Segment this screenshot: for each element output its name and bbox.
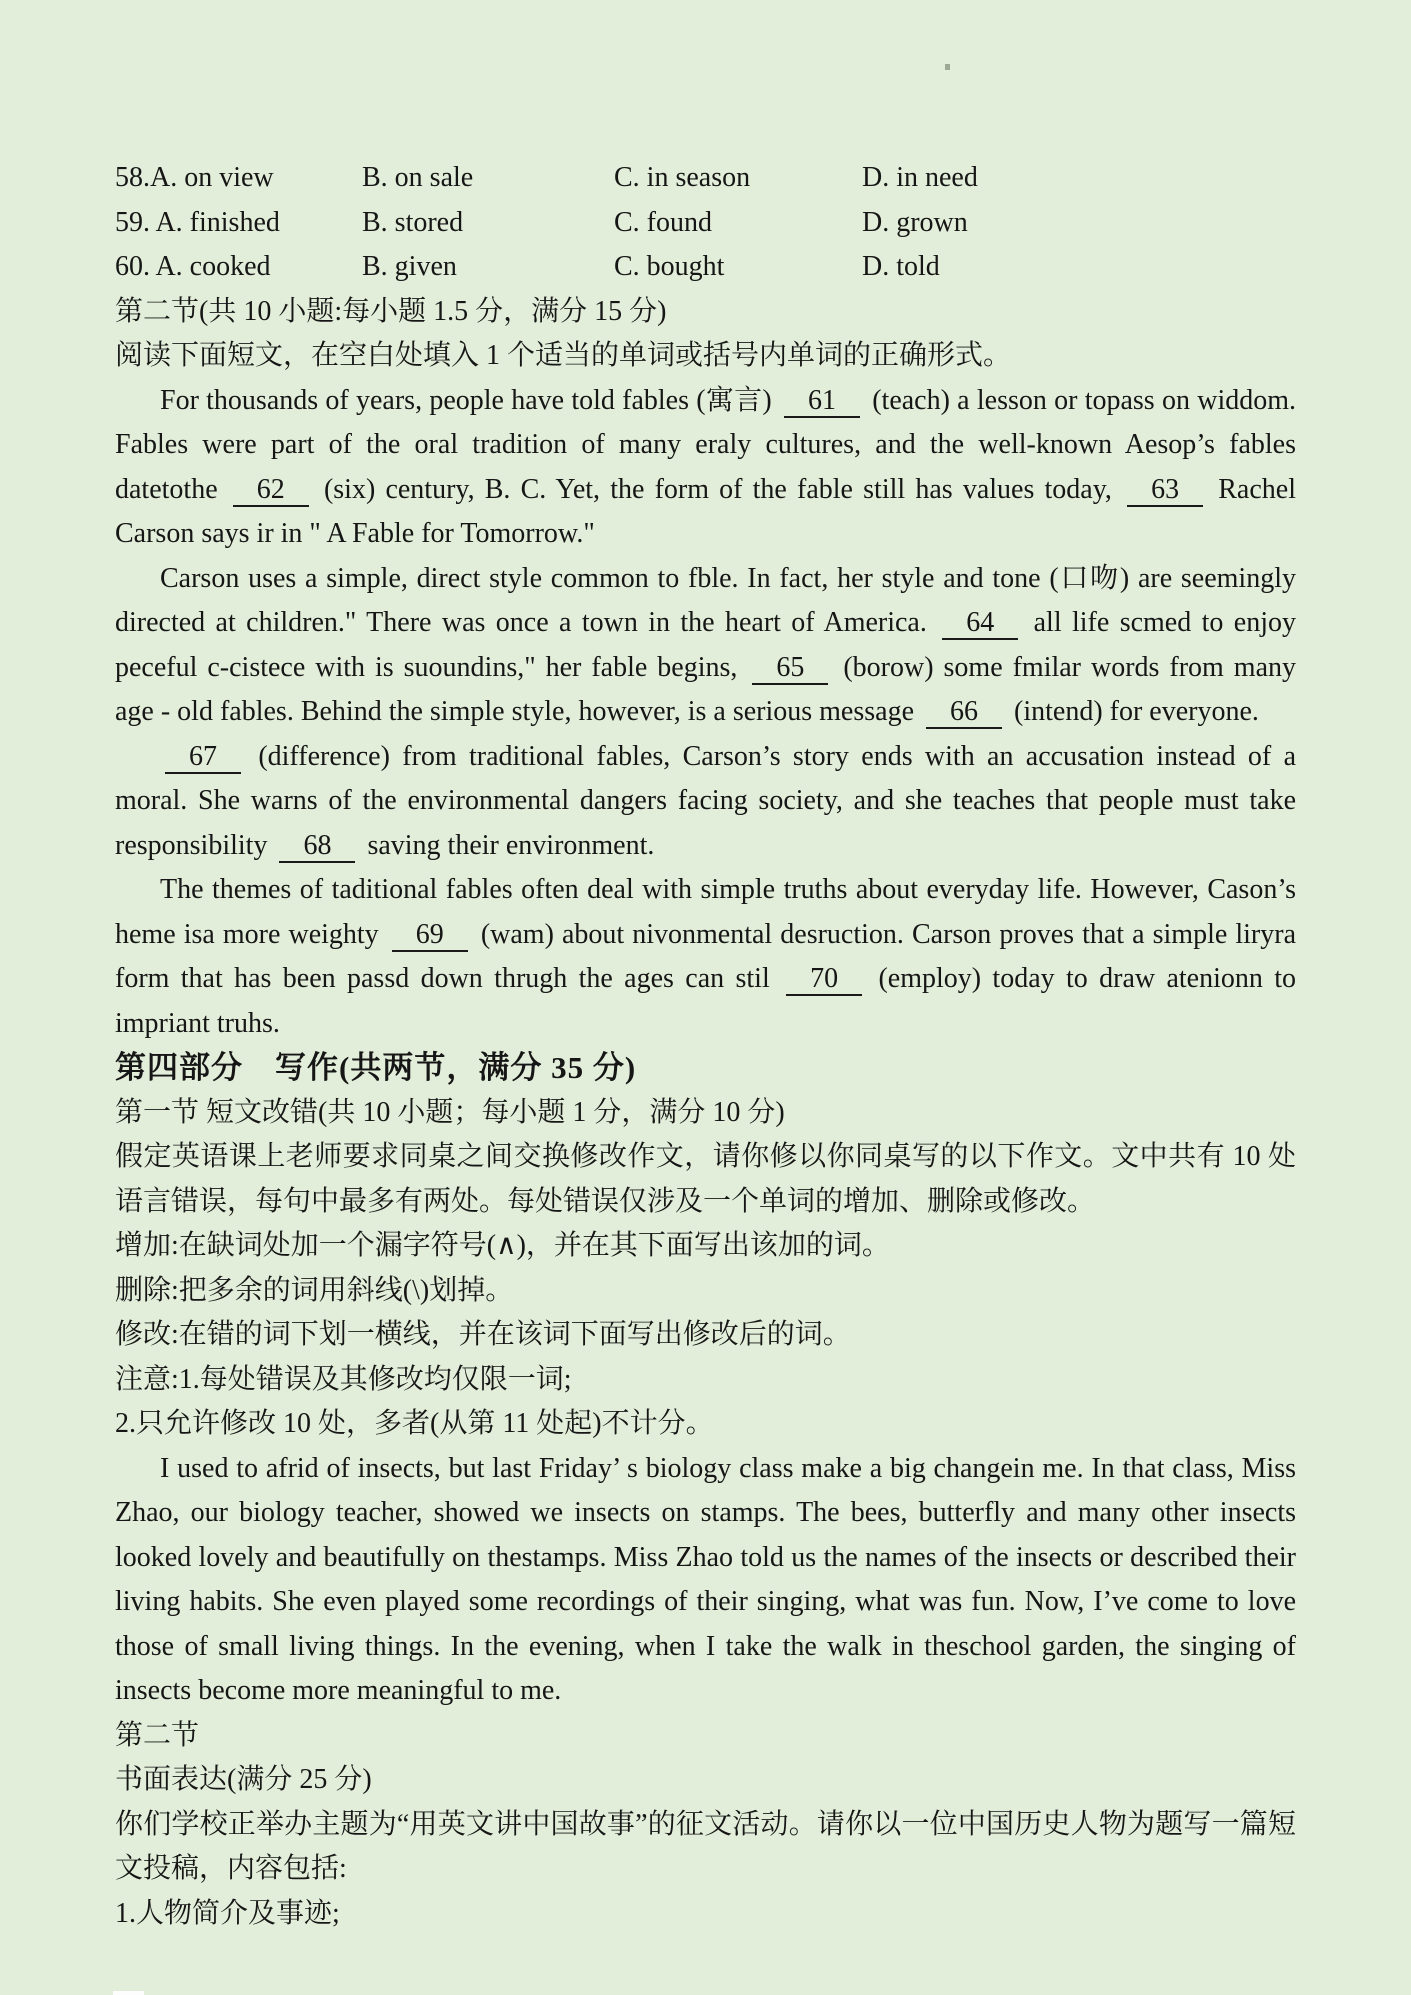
section2-instruction: 阅读下面短文，在空白处填入 1 个适当的单词或括号内单词的正确形式。: [115, 334, 1296, 379]
section2-heading: 第二节(共 10 小题:每小题 1.5 分，满分 15 分): [115, 290, 1296, 335]
option-cell: D. told: [862, 245, 1296, 290]
part4-section1-heading: 第一节 短文改错(共 10 小题；每小题 1 分，满分 10 分): [115, 1091, 1296, 1136]
cloze-blank-63: 63: [1127, 475, 1203, 507]
cloze-blank-62: 62: [233, 475, 309, 507]
option-row: 59. A. finished B. stored C. found D. gr…: [115, 201, 1296, 246]
option-cell: B. on sale: [362, 156, 614, 201]
option-cell: 58.A. on view: [115, 156, 362, 201]
option-cell: B. given: [362, 245, 614, 290]
cloze-blank-64: 64: [942, 608, 1018, 640]
cloze-blank-67: 67: [165, 742, 241, 774]
cloze-blank-70: 70: [786, 964, 862, 996]
correction-rule-delete: 删除:把多余的词用斜线(\)划掉。: [115, 1269, 1296, 1314]
option-cell: C. found: [614, 201, 862, 246]
correction-rule-add: 增加:在缺词处加一个漏字符号(∧)，并在其下面写出该加的词。: [115, 1224, 1296, 1269]
part4-heading: 第四部分 写作(共两节，满分 35 分): [115, 1046, 1296, 1091]
scan-artifact-bottom: [113, 1991, 144, 1995]
cloze-blank-66: 66: [926, 697, 1002, 729]
cloze-paragraph-3: 67 (difference) from traditional fables,…: [115, 735, 1296, 869]
correction-intro: 假定英语课上老师要求同桌之间交换修改作文，请你修以你同桌写的以下作文。文中共有 …: [115, 1135, 1296, 1224]
exam-page: 58.A. on view B. on sale C. in season D.…: [0, 0, 1411, 1995]
essay-prompt: 你们学校正举办主题为“用英文讲中国故事”的征文活动。请你以一位中国历史人物为题写…: [115, 1803, 1296, 1892]
scan-artifact-dot: [945, 64, 950, 70]
cloze-paragraph-4: The themes of taditional fables often de…: [115, 868, 1296, 1046]
cloze-blank-68: 68: [279, 831, 355, 863]
option-cell: D. grown: [862, 201, 1296, 246]
cloze-blank-61: 61: [784, 386, 860, 418]
option-row: 60. A. cooked B. given C. bought D. told: [115, 245, 1296, 290]
option-cell: C. in season: [614, 156, 862, 201]
cloze-paragraph-1: For thousands of years, people have told…: [115, 379, 1296, 557]
correction-note-2: 2.只允许修改 10 处，多者(从第 11 处起)不计分。: [115, 1402, 1296, 1447]
option-cell: 60. A. cooked: [115, 245, 362, 290]
cloze-blank-65: 65: [752, 653, 828, 685]
option-cell: D. in need: [862, 156, 1296, 201]
essay-point-1: 1.人物简介及事迹;: [115, 1892, 1296, 1937]
part4-section2-heading: 第二节: [115, 1714, 1296, 1759]
option-cell: C. bought: [614, 245, 862, 290]
correction-note-1: 注意:1.每处错误及其修改均仅限一词;: [115, 1358, 1296, 1403]
option-row: 58.A. on view B. on sale C. in season D.…: [115, 156, 1296, 201]
cloze-blank-69: 69: [392, 920, 468, 952]
correction-rule-modify: 修改:在错的词下划一横线，并在该词下面写出修改后的词。: [115, 1313, 1296, 1358]
cloze-paragraph-2: Carson uses a simple, direct style commo…: [115, 557, 1296, 735]
correction-essay: I used to afrid of insects, but last Fri…: [115, 1447, 1296, 1714]
option-cell: 59. A. finished: [115, 201, 362, 246]
part4-section2-subheading: 书面表达(满分 25 分): [115, 1758, 1296, 1803]
cloze-option-rows: 58.A. on view B. on sale C. in season D.…: [115, 156, 1296, 290]
option-cell: B. stored: [362, 201, 614, 246]
